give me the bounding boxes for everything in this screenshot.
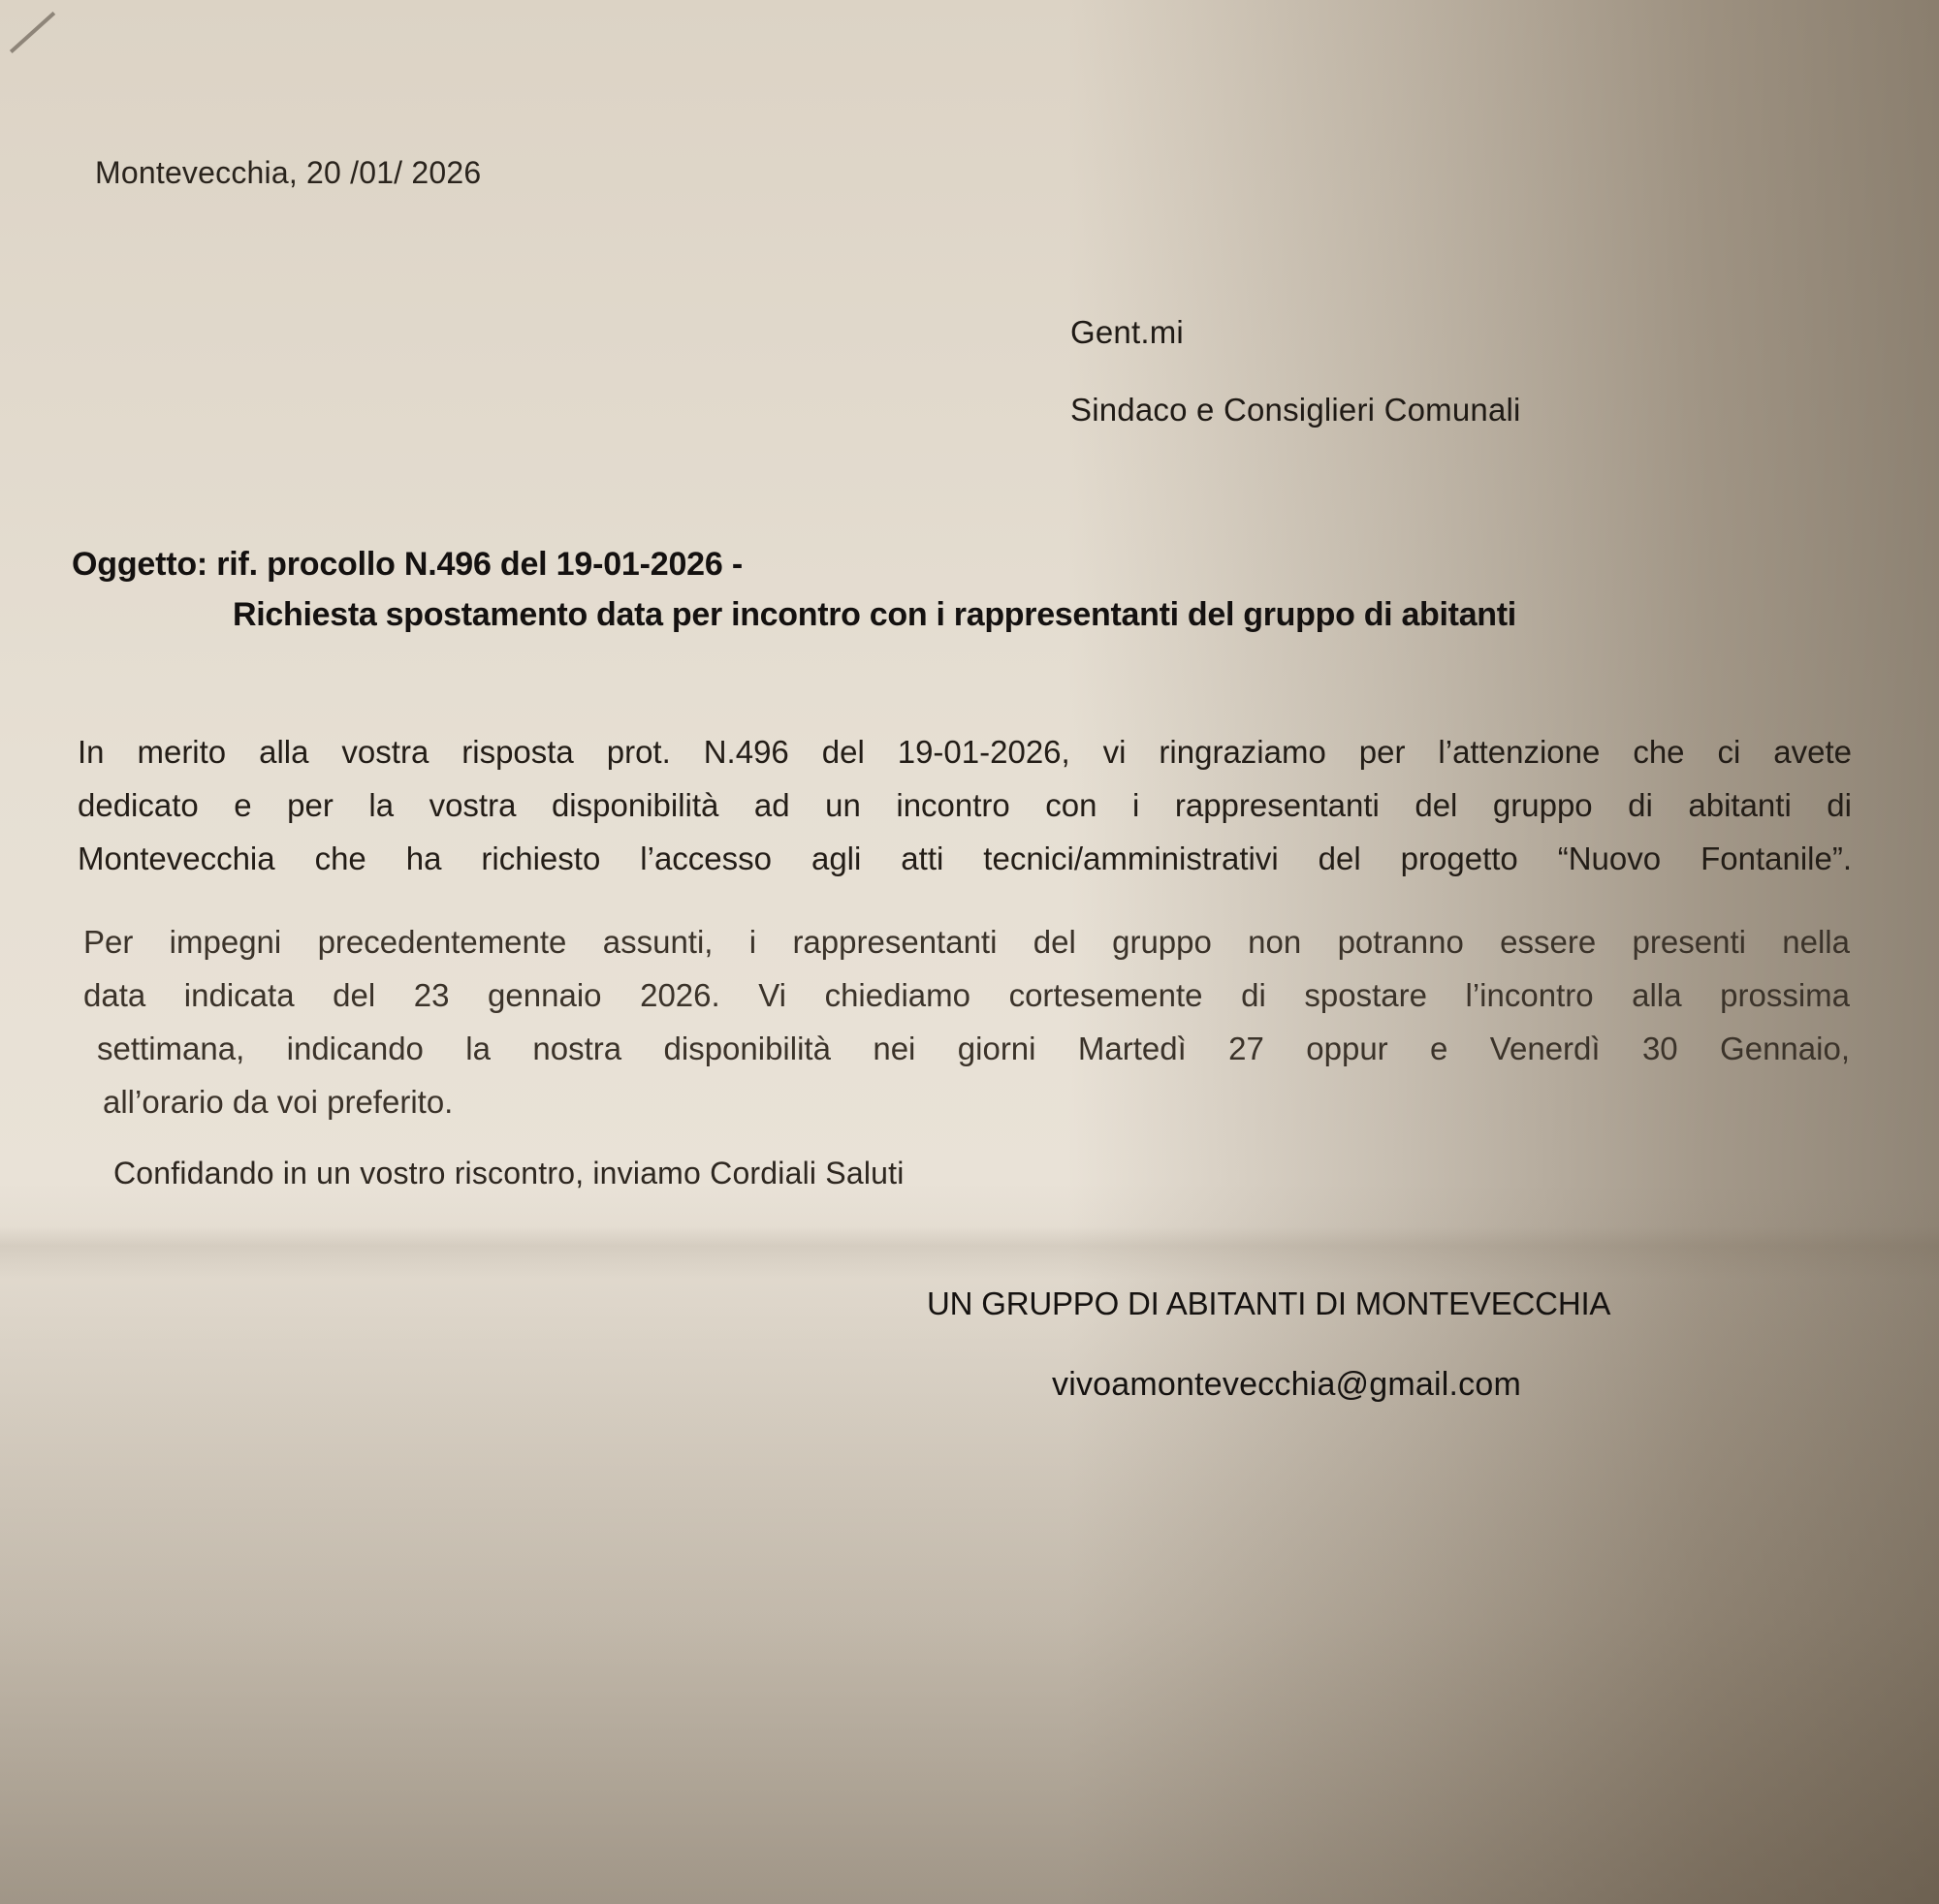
paragraph-line: Montevecchia che ha richiesto l’accesso … (78, 832, 1852, 885)
paragraph-line: dedicato e per la vostra disponibilità a… (78, 778, 1852, 832)
recipient-name: Sindaco e Consiglieri Comunali (1070, 394, 1521, 426)
recipient-greeting: Gent.mi (1070, 316, 1184, 348)
paragraph-line: settimana, indicando la nostra disponibi… (83, 1022, 1850, 1075)
place-date: Montevecchia, 20 /01/ 2026 (95, 157, 481, 188)
subject-reference: Oggetto: rif. procollo N.496 del 19-01-2… (72, 548, 743, 581)
closing-salutation: Confidando in un vostro riscontro, invia… (113, 1158, 905, 1189)
paragraph-line: all’orario da voi preferito. (83, 1075, 1850, 1128)
body-paragraph-1: In merito alla vostra risposta prot. N.4… (78, 725, 1852, 885)
signature-email: vivoamontevecchia@gmail.com (1052, 1368, 1521, 1401)
subject-title: Richiesta spostamento data per incontro … (233, 598, 1516, 631)
paragraph-line: Per impegni precedentemente assunti, i r… (83, 915, 1850, 968)
body-paragraph-2: Per impegni precedentemente assunti, i r… (83, 915, 1850, 1128)
paragraph-line: data indicata del 23 gennaio 2026. Vi ch… (83, 968, 1850, 1022)
paragraph-line: In merito alla vostra risposta prot. N.4… (78, 725, 1852, 778)
signature-group: UN GRUPPO DI ABITANTI DI MONTEVECCHIA (927, 1287, 1610, 1319)
